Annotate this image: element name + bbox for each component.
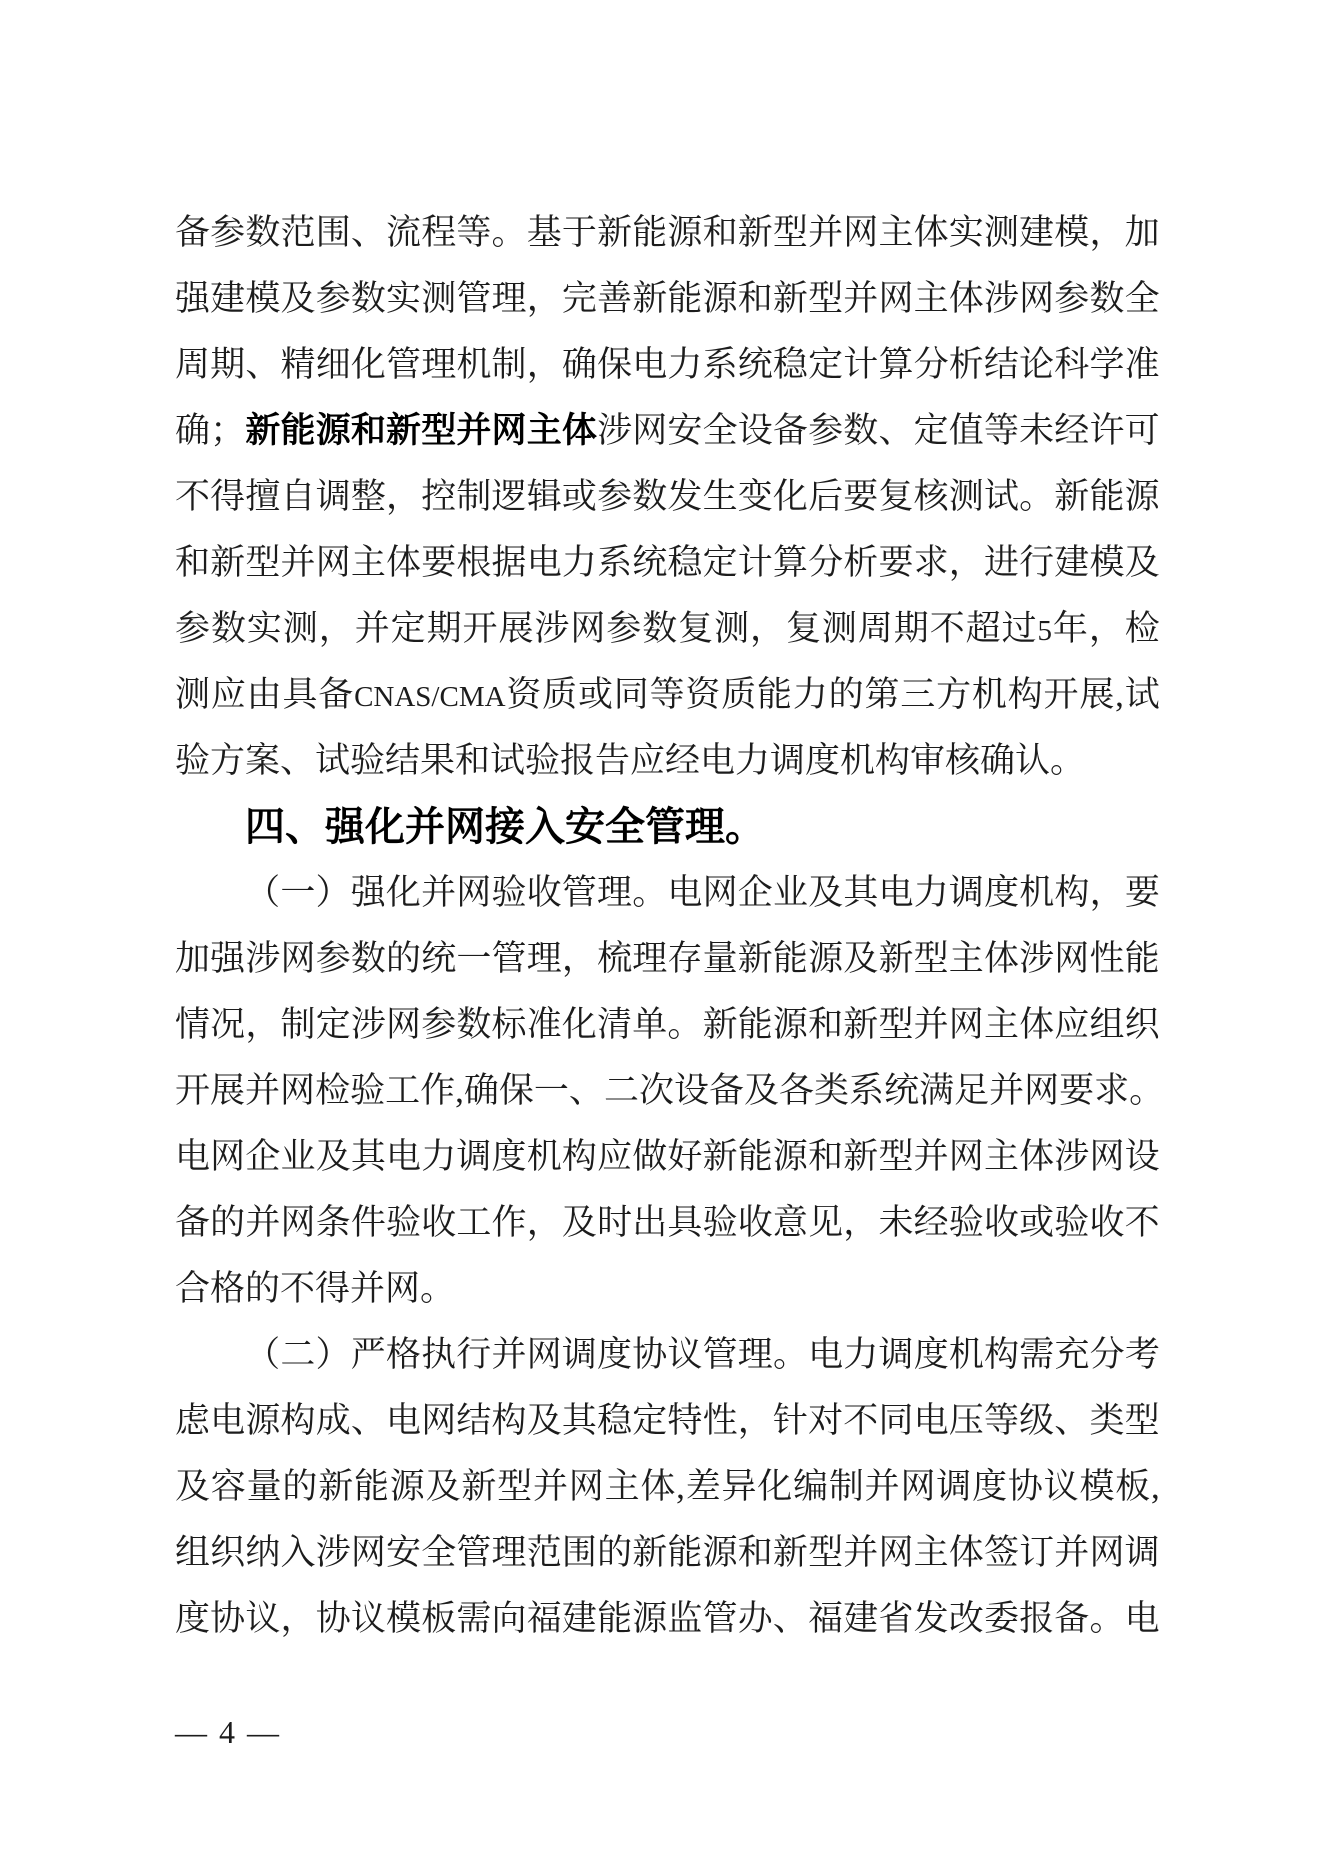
document-line: 虑电源构成、电网结构及其稳定特性，针对不同电压等级、类型 [175,1388,1160,1454]
document-line: （一）强化并网验收管理。电网企业及其电力调度机构，要 [175,860,1160,926]
document-line: 不得擅自调整，控制逻辑或参数发生变化后要复核测试。新能源 [175,464,1160,530]
document-line: 强建模及参数实测管理，完善新能源和新型并网主体涉网参数全 [175,266,1160,332]
document-line: 加强涉网参数的统一管理，梳理存量新能源及新型主体涉网性能 [175,926,1160,992]
document-line: （二）严格执行并网调度协议管理。电力调度机构需充分考 [175,1322,1160,1388]
document-line: 和新型并网主体要根据电力系统稳定计算分析要求，进行建模及 [175,530,1160,596]
document-line: 情况，制定涉网参数标准化清单。新能源和新型并网主体应组织 [175,992,1160,1058]
document-line: 确；新能源和新型并网主体涉网安全设备参数、定值等未经许可 [175,398,1160,464]
document-line: 参数实测，并定期开展涉网参数复测，复测周期不超过5年，检 [175,596,1160,662]
document-line: 组织纳入涉网安全管理范围的新能源和新型并网主体签订并网调 [175,1520,1160,1586]
document-line: 测应由具备CNAS/CMA资质或同等资质能力的第三方机构开展,试 [175,662,1160,728]
document-line: 开展并网检验工作,确保一、二次设备及各类系统满足并网要求。 [175,1058,1160,1124]
document-line: 验方案、试验结果和试验报告应经电力调度机构审核确认。 [175,728,1160,794]
document-line: 备的并网条件验收工作，及时出具验收意见，未经验收或验收不 [175,1190,1160,1256]
document-line: 周期、精细化管理机制，确保电力系统稳定计算分析结论科学准 [175,332,1160,398]
document-line: 度协议，协议模板需向福建能源监管办、福建省发改委报备。电 [175,1586,1160,1652]
page-number: — 4 — [175,1712,281,1752]
document-line: 及容量的新能源及新型并网主体,差异化编制并网调度协议模板, [175,1454,1160,1520]
section-heading: 四、强化并网接入安全管理。 [175,794,1160,860]
document-line: 合格的不得并网。 [175,1256,1160,1322]
document-lines: 备参数范围、流程等。基于新能源和新型并网主体实测建模，加强建模及参数实测管理，完… [175,200,1160,1652]
document-line: 备参数范围、流程等。基于新能源和新型并网主体实测建模，加 [175,200,1160,266]
document-page: 备参数范围、流程等。基于新能源和新型并网主体实测建模，加强建模及参数实测管理，完… [0,0,1323,1871]
document-line: 电网企业及其电力调度机构应做好新能源和新型并网主体涉网设 [175,1124,1160,1190]
